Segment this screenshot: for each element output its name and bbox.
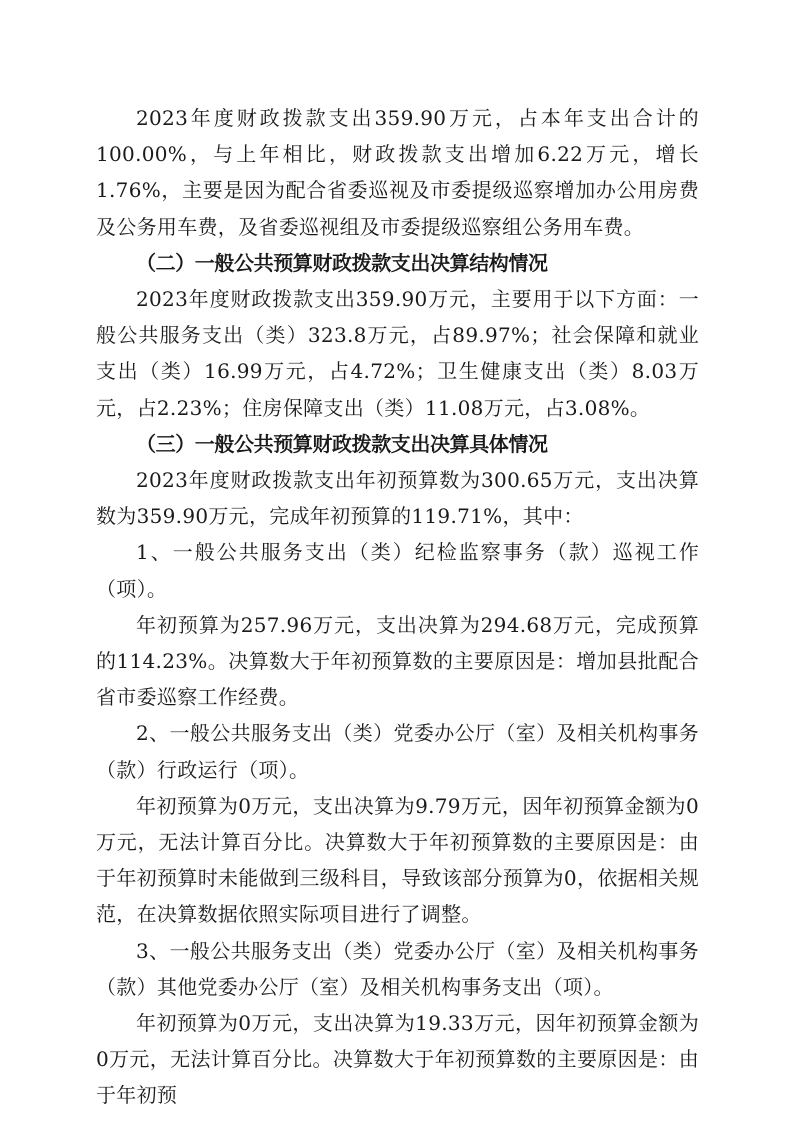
- document-page: 2023年度财政拨款支出359.90万元，占本年支出合计的100.00%，与上年…: [96, 100, 699, 1114]
- section-heading-details: （三）一般公共预算财政拨款支出决算具体情况: [96, 426, 699, 462]
- item-body-1: 年初预算为257.96万元，支出决算为294.68万元，完成预算的114.23%…: [96, 607, 699, 716]
- section-heading-structure: （二）一般公共预算财政拨款支出决算结构情况: [96, 245, 699, 281]
- item-title-3: 3、一般公共服务支出（类）党委办公厅（室）及相关机构事务（款）其他党委办公厅（室…: [96, 933, 699, 1005]
- paragraph-structure-breakdown: 2023年度财政拨款支出359.90万元，主要用于以下方面：一般公共服务支出（类…: [96, 281, 699, 426]
- item-title-2: 2、一般公共服务支出（类）党委办公厅（室）及相关机构事务（款）行政运行（项）。: [96, 715, 699, 787]
- paragraph-budget-summary: 2023年度财政拨款支出年初预算数为300.65万元，支出决算数为359.90万…: [96, 462, 699, 534]
- item-body-2: 年初预算为0万元，支出决算为9.79万元，因年初预算金额为0万元，无法计算百分比…: [96, 788, 699, 933]
- paragraph-total-expenditure: 2023年度财政拨款支出359.90万元，占本年支出合计的100.00%，与上年…: [96, 100, 699, 245]
- item-body-3: 年初预算为0万元，支出决算为19.33万元，因年初预算金额为0万元，无法计算百分…: [96, 1005, 699, 1114]
- item-title-1: 1、一般公共服务支出（类）纪检监察事务（款）巡视工作（项）。: [96, 534, 699, 606]
